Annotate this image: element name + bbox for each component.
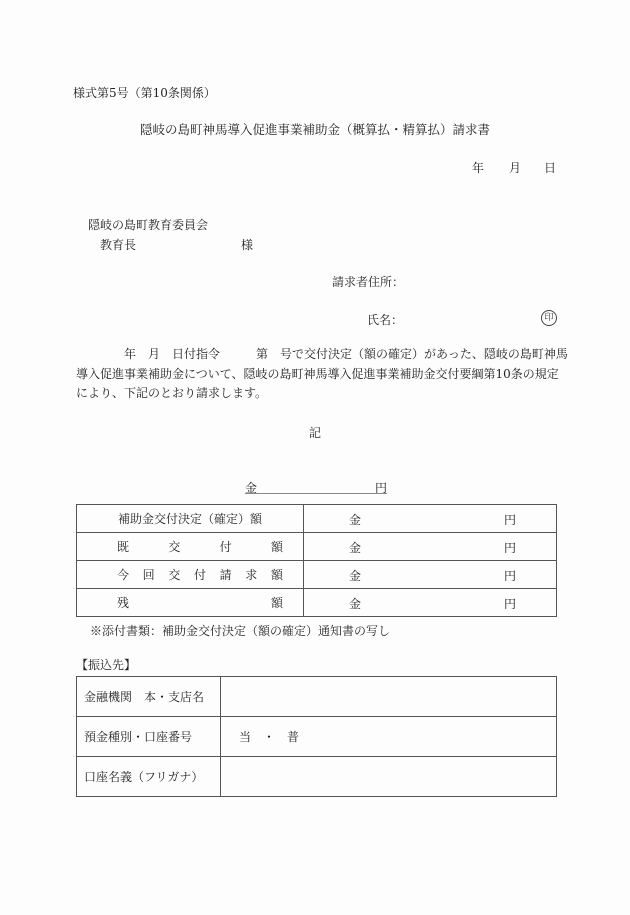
bank-branch-label: 金融機関 本・支店名 [77,677,221,717]
label-char: 既 [117,538,129,555]
account-holder-label: 口座名義（フリガナ） [77,757,221,797]
yen-label: 円 [504,595,516,612]
body-line: により、下記のとおり請求します。 [76,384,558,404]
account-holder-field[interactable] [221,757,557,797]
kin-label: 金 [349,567,361,584]
amount-row-value[interactable]: 金 円 [304,533,557,561]
transfer-heading: 【振込先】 [76,656,136,673]
label-char: 額 [271,538,283,555]
label-char: 付 [220,538,232,555]
table-row: 口座名義（フリガナ） [77,757,557,797]
date-month-label: 月 [509,159,521,176]
table-row: 既 交 付 額 金 円 [77,533,557,561]
label-char: 今 [117,566,129,583]
table-row: 補助金交付決定（確定）額 金 円 [77,505,557,533]
claimant-address-label: 請求者住所： [332,273,404,290]
yen-label: 円 [504,567,516,584]
amount-row-value[interactable]: 金 円 [304,561,557,589]
kin-label: 金 [349,539,361,556]
document-title: 隠岐の島町神馬導入促進事業補助金（概算払・精算払）請求書 [0,120,630,138]
kin-label: 金 [349,595,361,612]
addressee-honorific: 様 [241,236,253,253]
request-body-paragraph: 年 月 日付指令 第 号で交付決定（額の確定）があった、隠岐の島町神馬 導入促進… [76,345,558,404]
amount-row-label: 残 額 [77,589,304,617]
body-line: 年 月 日付指令 第 号で交付決定（額の確定）があった、隠岐の島町神馬 [76,345,558,365]
label-char: 交 [168,566,180,583]
label-char: 額 [271,594,283,611]
addressee-title: 教育長 [100,236,136,253]
total-kin-label: 金 [245,479,257,496]
table-row: 残 額 金 円 [77,589,557,617]
table-row: 金融機関 本・支店名 [77,677,557,717]
amount-row-value[interactable]: 金 円 [304,589,557,617]
label-char: 額 [271,566,283,583]
ki-heading: 記 [0,424,630,441]
seal-icon: 印 [541,310,557,326]
account-type-number-label: 預金種別・口座番号 [77,717,221,757]
table-row: 今 回 交 付 請 求 額 金 円 [77,561,557,589]
attachment-note: ※添付書類：補助金交付決定（額の確定）通知書の写し [90,622,390,639]
label-char: 交 [168,538,180,555]
account-type-number-field[interactable]: 当 ・ 普 [221,717,557,757]
label-char: 残 [117,594,129,611]
amount-row-value[interactable]: 金 円 [304,505,557,533]
kin-label: 金 [349,511,361,528]
yen-label: 円 [504,511,516,528]
label-char: 求 [245,566,257,583]
label-char: 請 [220,566,232,583]
table-row: 預金種別・口座番号 当 ・ 普 [77,717,557,757]
total-yen-label: 円 [375,479,387,496]
bank-branch-field[interactable] [221,677,557,717]
amounts-table: 補助金交付決定（確定）額 金 円 既 交 付 額 金 円 今 回 交 付 [76,504,557,617]
claimant-name-label: 氏名： [367,311,403,328]
amount-row-label: 補助金交付決定（確定）額 [77,505,304,533]
amount-row-label: 今 回 交 付 請 求 額 [77,561,304,589]
bank-transfer-table: 金融機関 本・支店名 預金種別・口座番号 当 ・ 普 口座名義（フリガナ） [76,676,557,797]
label-char: 回 [143,566,155,583]
form-number: 様式第5号（第10条関係） [73,84,216,101]
date-year-label: 年 [472,159,484,176]
addressee-organization: 隠岐の島町教育委員会 [88,216,208,233]
total-amount-line: 金 円 [245,479,387,494]
yen-label: 円 [504,539,516,556]
label-char: 付 [194,566,206,583]
date-day-label: 日 [544,159,556,176]
amount-row-label: 既 交 付 額 [77,533,304,561]
body-line: 導入促進事業補助金について、隠岐の島町神馬導入促進事業補助金交付要綱第10条の規… [76,365,558,385]
